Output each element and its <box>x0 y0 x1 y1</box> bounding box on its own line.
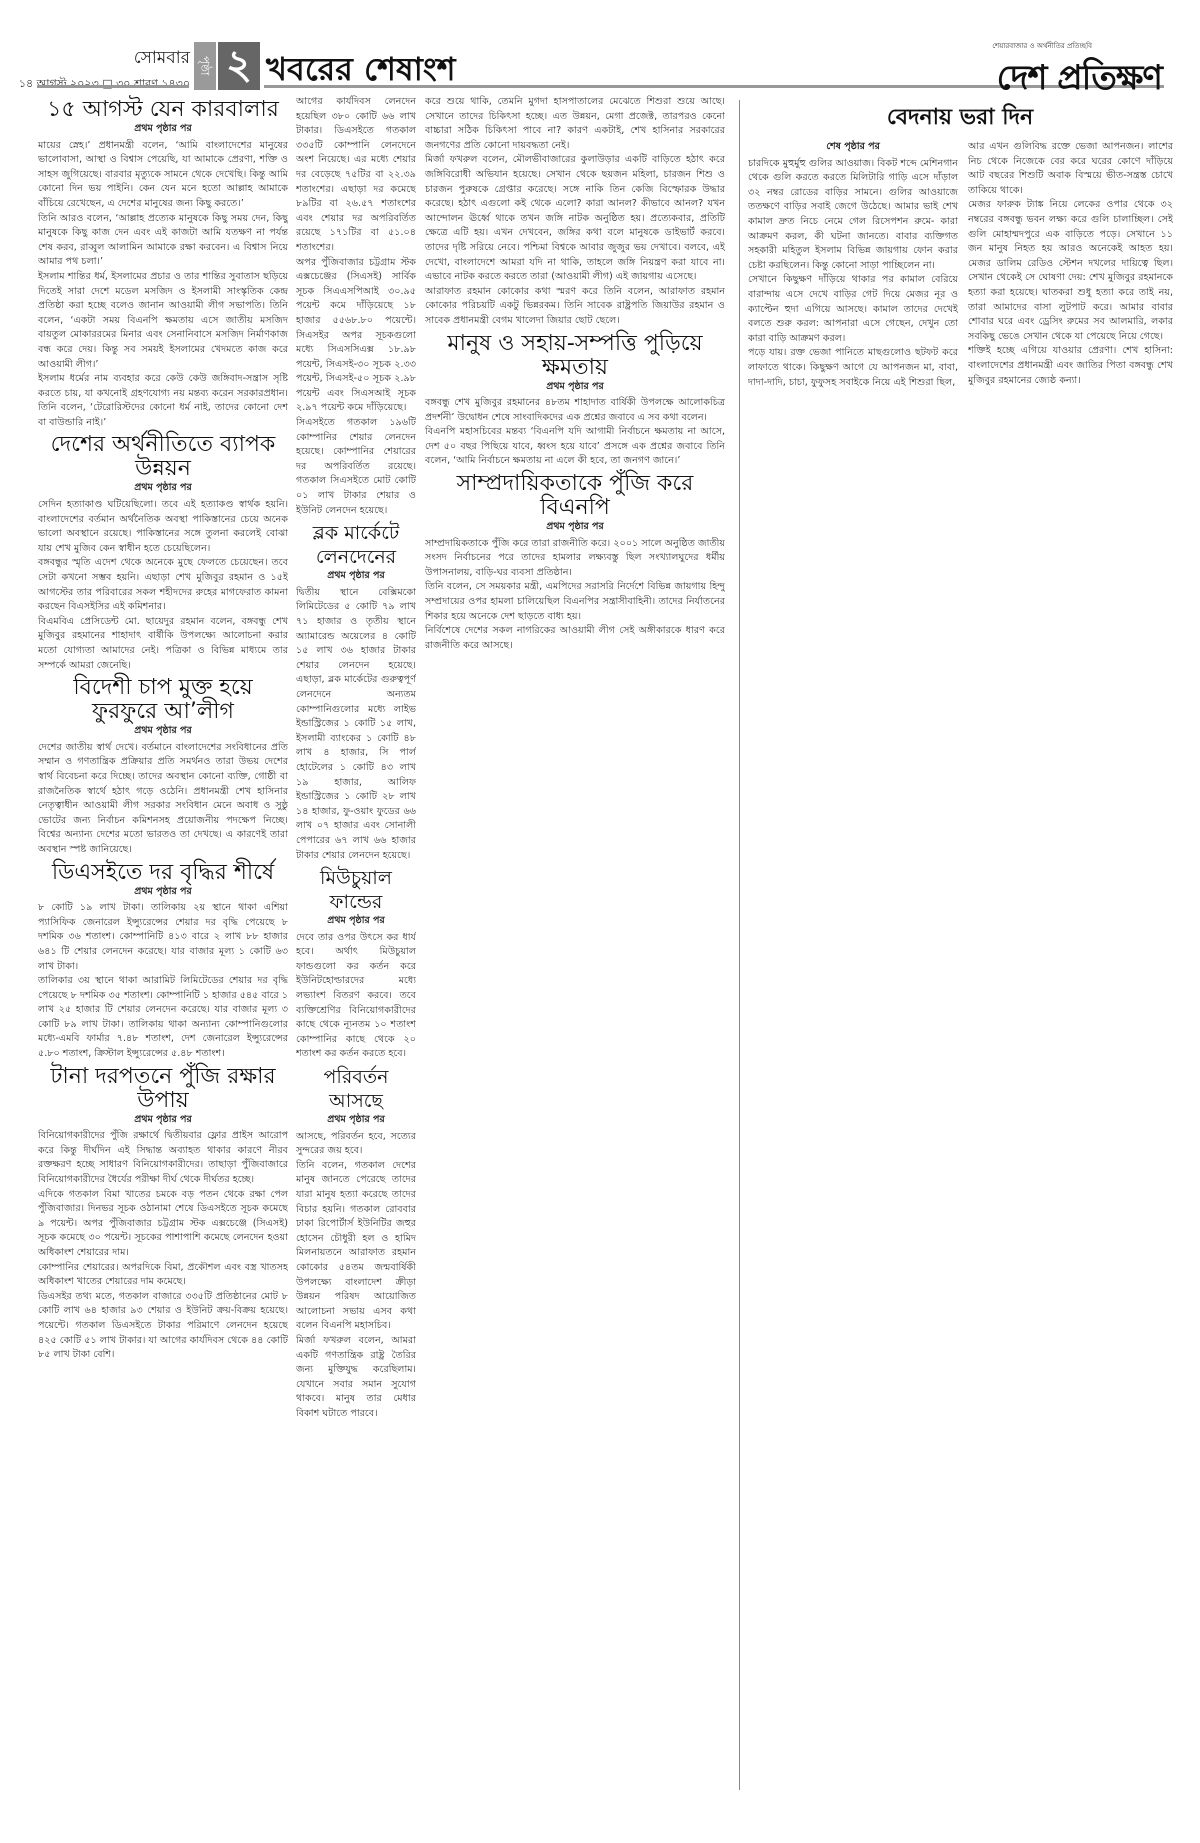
article-headline: বিদেশী চাপ মুক্ত হয়ে ফুরফুরে আ’লীগ <box>38 676 288 724</box>
article-kicker: প্রথম পৃষ্ঠার পর <box>38 885 288 900</box>
paragraph: চারদিকে মুহুর্মুহু গুলির আওয়াজ। বিকট শব… <box>748 157 958 274</box>
article: মানুষ ও সহায়-সম্পত্তি পুড়িয়ে ক্ষমতায়… <box>425 332 725 470</box>
weekday: সোমবার <box>19 45 190 73</box>
article: ডিএসইতে দর বৃদ্ধির শীর্ষে প্রথম পৃষ্ঠার … <box>38 861 288 1062</box>
article-headline: ডিএসইতে দর বৃদ্ধির শীর্ষে <box>38 861 288 885</box>
paragraph: বঙ্গবন্ধুর স্মৃতি এদেশ থেকে অনেকে মুছে ফ… <box>38 556 288 614</box>
page-label: পৃষ্ঠা <box>194 42 216 90</box>
paragraph: বিএনপি মহাসচিবের মন্তব্য ‘বিএনপি যদি আগা… <box>425 425 725 469</box>
article-headline: মানুষ ও সহায়-সম্পত্তি পুড়িয়ে ক্ষমতায় <box>425 332 725 380</box>
paragraph: করে শুয়ে থাকি, তেমনি মুগদা হাসপাতালের ম… <box>425 95 725 153</box>
paragraph: সেদিন হত্যাকাণ্ড ঘটিয়েছিলো। তবে এই হত্য… <box>38 498 288 556</box>
paragraph: দেশের জাতীয় স্বার্থ দেখে। বর্তমানে বাংল… <box>38 741 288 858</box>
article-headline: টানা দরপতনে পুঁজি রক্ষার উপায় <box>38 1065 288 1113</box>
paragraph: মায়ের স্নেহ।’ প্রধানমন্ত্রী বলেন, ‘আমি … <box>38 139 288 212</box>
paragraph: ইসলাম শান্তির ধর্ম, ইসলামের প্রচার ও তার… <box>38 270 288 372</box>
paragraph: ৮ কোটি ১৯ লাখ টাকা। তালিকায় ২য় স্থানে … <box>38 901 288 974</box>
article-kicker: প্রথম পৃষ্ঠার পর <box>425 520 725 535</box>
paragraph: আগের কার্যদিবস লেনদেন হয়েছিল ৩৮০ কোটি ৬… <box>296 95 416 256</box>
article-headline: দেশের অর্থনীতিতে ব্যাপক উন্নয়ন <box>38 433 288 481</box>
paragraph: এদিকে গতকাল বিমা খাতের চমকে বড় পতন থেকে… <box>38 1188 288 1261</box>
paragraph: বিনিয়োগকারীদের পুঁজি রক্ষার্থে দ্বিতীয়… <box>38 1129 288 1187</box>
column-divider <box>739 100 740 1790</box>
paragraph: আসছে, পরিবর্তন হবে, সত্যের সুন্দরের জয় … <box>296 1130 416 1159</box>
article-headline: মিউচুয়াল ফান্ডের <box>296 866 416 914</box>
article: সাম্প্রদায়িকতাকে পুঁজি করে বিএনপি প্রথম… <box>425 472 725 653</box>
article-kicker: প্রথম পৃষ্ঠার পর <box>38 122 288 137</box>
paragraph: তিনি বলেন, গতকাল দেশের মানুষ জানতে পেরেছ… <box>296 1159 416 1334</box>
paragraph: আর এখন গুলিবিদ্ধ রক্তে ভেজা আপনজন। লাশের… <box>968 140 1173 198</box>
paragraph: পড়ে যায়। রক্ত ভেজা পানিতে মাছগুলোও ছটফ… <box>748 346 958 390</box>
article-kicker: প্রথম পৃষ্ঠার পর <box>38 724 288 739</box>
paragraph: আরাফাত রহমান কোকোর কথা স্মরণ করে তিনি বল… <box>425 285 725 329</box>
masthead: সোমবার ১৪ আগস্ট ২০২৩ □ ৩০ শ্রাবণ ১৪৩০ পৃ… <box>0 0 1200 100</box>
article: পরিবর্তন আসছে প্রথম পৃষ্ঠার পর আসছে, পরি… <box>296 1065 416 1421</box>
column-5: আর এখন গুলিবিদ্ধ রক্তে ভেজা আপনজন। লাশের… <box>968 140 1173 1805</box>
column-4: শেষ পৃষ্ঠার পর চারদিকে মুহুর্মুহু গুলির … <box>748 140 958 1805</box>
paragraph: বঙ্গবন্ধু শেখ মুজিবুর রহমানের ৪৮তম শাহাদ… <box>425 396 725 425</box>
paragraph: কোম্পানির শেয়ারের। অপরদিকে বিমা, প্রকৌশ… <box>38 1261 288 1290</box>
paragraph: অপর পুঁজিবাজার চট্টগ্রাম স্টক এক্সচেঞ্জে… <box>296 256 416 417</box>
article: বিদেশী চাপ মুক্ত হয়ে ফুরফুরে আ’লীগ প্রথ… <box>38 676 288 857</box>
article-kicker: প্রথম পৃষ্ঠার পর <box>296 1113 416 1128</box>
paragraph: শক্তিই হচ্ছে এগিয়ে যাওয়ার প্রেরণা। শেখ… <box>968 344 1173 388</box>
article: টানা দরপতনে পুঁজি রক্ষার উপায় প্রথম পৃষ… <box>38 1065 288 1363</box>
article: মিউচুয়াল ফান্ডের প্রথম পৃষ্ঠার পর দেবে … <box>296 866 416 1062</box>
column-3: করে শুয়ে থাকি, তেমনি মুগদা হাসপাতালের ম… <box>425 95 725 1805</box>
paragraph: সিএসইতে গতকাল ১৯৬টি কোম্পানির শেয়ার লেন… <box>296 416 416 518</box>
paragraph: তিনি বলেন, সে সময়কার মন্ত্রী, এমপিদের স… <box>425 580 725 624</box>
paragraph: তিনি আরও বলেন, ‘আল্লাহ প্রত্যেক মানুষকে … <box>38 212 288 270</box>
section-title: খবরের শেষাংশ <box>266 44 456 98</box>
divider <box>37 85 189 88</box>
article-kicker: প্রথম পৃষ্ঠার পর <box>425 380 725 395</box>
paragraph: ইসলাম ধর্মের নাম ব্যবহার করে কেউ কেউ জঙ্… <box>38 372 288 430</box>
paragraph: দেবে তার ওপর উৎসে কর ধার্য হবে। অর্থাৎ ম… <box>296 931 416 1062</box>
paragraph: সাম্প্রদায়িকতাকে পুঁজি করে তারা রাজনীতি… <box>425 537 725 581</box>
paragraph: সেখানে কিছুক্ষণ দাঁড়িয়ে থাকার পর কামাল… <box>748 273 958 346</box>
logo-tagline: শেয়ারবাজার ও অর্থনীতির প্রতিচ্ছবি <box>992 40 1092 52</box>
article: ১৫ আগস্ট যেন কারবালার প্রথম পৃষ্ঠার পর ম… <box>38 98 288 430</box>
article: দেশের অর্থনীতিতে ব্যাপক উন্নয়ন প্রথম পৃ… <box>38 433 288 673</box>
article-kicker: প্রথম পৃষ্ঠার পর <box>38 481 288 496</box>
paragraph: বিএমবিএ প্রেসিডেন্ট মো. ছায়েদুর রহমান ব… <box>38 615 288 673</box>
paragraph: ডিএসইর তথ্য মতে, গতকাল বাজারে ৩৩৫টি প্রত… <box>38 1290 288 1363</box>
article-kicker: শেষ পৃষ্ঠার পর <box>748 140 958 155</box>
article-kicker: প্রথম পৃষ্ঠার পর <box>296 569 416 584</box>
column-2: আগের কার্যদিবস লেনদেন হয়েছিল ৩৮০ কোটি ৬… <box>296 95 416 1805</box>
article: আগের কার্যদিবস লেনদেন হয়েছিল ৩৮০ কোটি ৬… <box>296 95 416 518</box>
article-headline: সাম্প্রদায়িকতাকে পুঁজি করে বিএনপি <box>425 472 725 520</box>
feature-headline: বেদনায় ভরা দিন <box>740 100 1180 137</box>
paragraph: নির্বিশেষে দেশের সকল নাগরিকের আওয়ামী লী… <box>425 624 725 653</box>
article-headline: ১৫ আগস্ট যেন কারবালার <box>38 98 288 122</box>
article: ব্লক মার্কেটে লেনদেনের প্রথম পৃষ্ঠার পর … <box>296 521 416 863</box>
column-1: ১৫ আগস্ট যেন কারবালার প্রথম পৃষ্ঠার পর ম… <box>38 95 288 1805</box>
newspaper-logo: শেয়ারবাজার ও অর্থনীতির প্রতিচ্ছবি দেশ প… <box>992 40 1162 109</box>
paragraph: মির্জা ফখরুল বলেন, আমরা একটি গণতান্ত্রিক… <box>296 1334 416 1422</box>
paragraph: তালিকার ৩য় স্থানে থাকা আরামিট লিমিটেডের… <box>38 974 288 1062</box>
paragraph: মির্জা ফখরুল বলেন, মৌলভীবাজারের কুলাউড়া… <box>425 153 725 284</box>
article-headline: পরিবর্তন আসছে <box>296 1065 416 1113</box>
page-number: ২ <box>218 42 260 90</box>
article-headline: ব্লক মার্কেটে লেনদেনের <box>296 521 416 569</box>
article-kicker: প্রথম পৃষ্ঠার পর <box>38 1113 288 1128</box>
paragraph: দ্বিতীয় স্থানে বেক্সিমকো লিমিটেডের ৫ কো… <box>296 586 416 863</box>
article: করে শুয়ে থাকি, তেমনি মুগদা হাসপাতালের ম… <box>425 95 725 329</box>
article-kicker: প্রথম পৃষ্ঠার পর <box>296 914 416 929</box>
paragraph: মেজর ফারুক ট্যাঙ্ক নিয়ে লেকের ওপার থেকে… <box>968 198 1173 344</box>
